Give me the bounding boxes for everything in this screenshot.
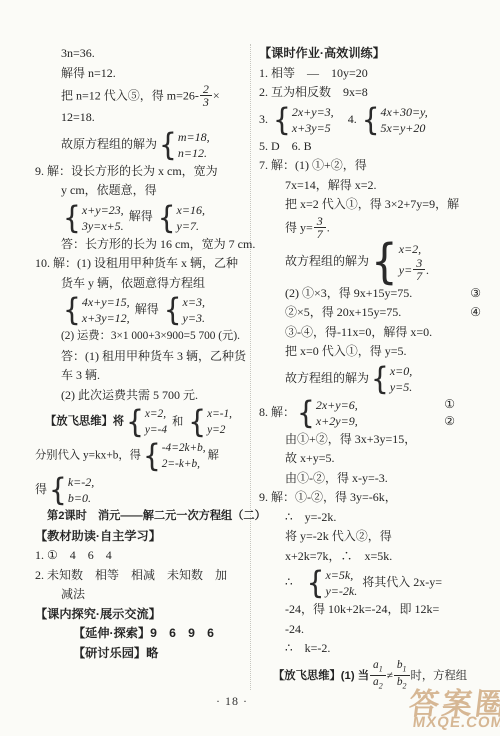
column-divider xyxy=(250,44,251,690)
system-row: x=-1, xyxy=(207,406,232,422)
line-substitute-k: 将 y=-2k 代入②，得 xyxy=(259,527,489,547)
line-continue: y cm，依题意，得 xyxy=(35,181,249,201)
equation-system: {x=0,y=5. xyxy=(371,363,412,395)
item-number: 4. xyxy=(348,111,357,125)
text-seg: 将其代入 2x-y= xyxy=(362,575,442,589)
section-label: 【放飞思维】将 xyxy=(45,416,124,428)
brace-icon: { xyxy=(188,406,206,437)
brace-icon: { xyxy=(297,397,315,428)
line-q3-q4: 3. {2x+y=3,x+3y=5 4. {4x+30=y,5x=y+20 xyxy=(259,103,489,137)
system-row: x+3y=12, xyxy=(82,310,130,326)
brace-icon: { xyxy=(63,202,81,233)
system-row: x+3y=5 xyxy=(292,120,334,136)
brace-icon: { xyxy=(159,129,177,160)
equation-marks: ①② xyxy=(444,396,455,430)
system-row: y=7. xyxy=(177,218,205,234)
line-system-pair: {x+y=23,3y=x+5.解得{x=16,y=7. xyxy=(35,201,249,235)
line-k-eq-2: -24. xyxy=(259,620,489,640)
equation-system: {4x+30=y,5x=y+20 xyxy=(362,104,428,136)
brace-icon: { xyxy=(371,238,398,285)
brace-icon: { xyxy=(307,567,325,598)
equation-mark: ① xyxy=(444,396,455,413)
brace-icon: { xyxy=(158,202,176,233)
system-row: 3y=x+5. xyxy=(82,218,124,234)
line-system-pair: {4x+y=15,x+3y=12,解得{x=3,y=3. xyxy=(35,293,249,327)
text-seg: 时，方程组 xyxy=(411,670,468,682)
line-cost: (2) 运费：3×1 000+3×900=5 700 (元). xyxy=(35,327,249,347)
line-yanshen-tansuo: 【延伸·探索】9 6 9 6 xyxy=(35,624,249,644)
line-diff: 由①-②，得 x-y=-3. xyxy=(259,469,489,489)
line-problem-10: 10. 解：(1) 设租用甲种货车 x 辆，乙种 xyxy=(35,254,249,274)
text-seg: 故方程组的解为 xyxy=(285,370,369,384)
section-header-keshi-zuoye: 【课时作业·高效训练】 xyxy=(259,44,489,64)
system-row: 4x+30=y, xyxy=(381,104,428,120)
system-row: m=18, xyxy=(178,129,210,145)
line-q9-start: 9. 解：①-②，得 3y=-6k， xyxy=(259,488,489,508)
line-answer: 答：长方形的长为 16 cm，宽为 7 cm. xyxy=(35,235,249,255)
system-row: x=2, xyxy=(399,241,429,257)
line-sum: 故 x+y=5. xyxy=(259,449,489,469)
system-row: y=-2k. xyxy=(325,583,357,599)
watermark: 答案圈 MXQE.COM xyxy=(409,695,500,732)
brace-icon: { xyxy=(164,294,182,325)
line-therefore-y: ∴ y=-2k. xyxy=(259,508,489,528)
equation-system: {x=5k,y=-2k. xyxy=(307,567,358,599)
right-column: 【课时作业·高效训练】 1. 相等 — 10y=20 2. 互为相反数 9x=8… xyxy=(259,44,489,692)
system-row: x+2y=9, xyxy=(316,413,358,429)
system-row: n=12. xyxy=(178,145,210,161)
fraction: 37 xyxy=(314,215,326,240)
system-row: x=3, xyxy=(183,294,205,310)
fraction-denominator: 7 xyxy=(314,228,326,240)
text-seg: 故原方程组的解为 xyxy=(61,136,157,150)
equation-system: {x=2,y=37. xyxy=(371,241,429,283)
system-row: y=37. xyxy=(399,257,429,283)
system-row: x=0, xyxy=(390,363,412,379)
equation-system: {x=-1,y=2 xyxy=(188,406,232,438)
line-k-eq-1: -24，得 10k+2k=-24，即 12k= xyxy=(259,600,489,620)
equation-system: {x=3,y=3. xyxy=(164,294,205,326)
line-fangfei-siwei: 【放飞思维】将{x=2,y=-4和{x=-1,y=2 xyxy=(35,405,249,439)
line-q8-start: 8. 解：{2x+y=6,x+2y=9,①② xyxy=(259,396,489,430)
section-label: 【放飞思维】(1) 当 xyxy=(273,670,369,682)
text-seg: 把 n=12 代入⑤，得 m=26- xyxy=(61,88,199,102)
text-seg: 解 xyxy=(208,450,219,462)
line-solve-x: 7x=14，解得 x=2. xyxy=(259,176,489,196)
text-seg: . xyxy=(426,263,429,277)
line-step-4: ②×5，得 20x+15y=75.④ xyxy=(259,303,489,323)
equation-mark: ④ xyxy=(470,303,489,323)
watermark-site: MXQE.COM xyxy=(408,713,500,733)
equation-system: {x+y=23,3y=x+5. xyxy=(63,202,124,234)
system-row: 2x+y=3, xyxy=(292,104,334,120)
line-subtract: ③-④，得-11x=0，解得 x=0. xyxy=(259,323,489,343)
line-substitute: 把 x=2 代入①，得 3×2+7y=9，解 xyxy=(259,195,489,215)
text-seg: 8. 解： xyxy=(259,403,295,423)
brace-icon: { xyxy=(63,294,81,325)
text-seg: 和 xyxy=(172,416,183,428)
line-q7-start: 7. 解：(1) ①+②，得 xyxy=(259,156,489,176)
system-row: 5x=y+20 xyxy=(381,120,428,136)
equation-mark: ③ xyxy=(470,284,489,304)
brace-icon: { xyxy=(273,104,291,135)
system-row: -4=2k+b, xyxy=(162,440,206,456)
lesson-title: 第2课时 消元——解二元一次方程组（二） xyxy=(35,507,249,527)
text-seg: . xyxy=(327,220,330,234)
system-row: y=3. xyxy=(183,310,205,326)
equation-system: {x=16,y=7. xyxy=(158,202,205,234)
brace-icon: { xyxy=(143,440,161,471)
line-problem-9: 9. 解：设长方形的长为 x cm，宽为 xyxy=(35,162,249,182)
line-system-k: ∴ {x=5k,y=-2k.将其代入 2x-y= xyxy=(259,566,489,600)
fraction-denominator: b2 xyxy=(394,676,410,692)
page-number: · 18 · xyxy=(216,692,248,712)
text-seg: 解得 xyxy=(135,302,159,316)
system-row: 2=-k+b, xyxy=(162,456,206,472)
fraction: b1b2 xyxy=(394,659,410,693)
text-seg: y= xyxy=(399,263,412,277)
fraction: 23 xyxy=(200,83,212,108)
brace-icon: { xyxy=(49,474,67,505)
line-answers-1: 1. ① 4 6 4 xyxy=(35,546,249,566)
system-row: y=5. xyxy=(390,379,412,395)
page: { "page": { "footer": "· 18 ·", "waterma… xyxy=(0,0,500,736)
system-row: x=5k, xyxy=(325,567,357,583)
system-row: y=2 xyxy=(207,422,232,438)
line-x-5k: x+2k=7k，∴ x=5k. xyxy=(259,547,489,567)
not-equal-sign: ≠ xyxy=(387,670,393,682)
line-q1: 1. 相等 — 10y=20 xyxy=(259,64,489,84)
text-seg: 故方程组的解为 xyxy=(285,253,369,267)
left-column: 3n=36. 解得 n=12. 把 n=12 代入⑤，得 m=26-23× 12… xyxy=(35,44,249,663)
system-row: x=2, xyxy=(145,406,167,422)
equation-system: {4x+y=15,x+3y=12, xyxy=(63,294,130,326)
system-row: 2x+y=6, xyxy=(316,397,358,413)
equation-mark: ② xyxy=(444,413,455,430)
line-eq: 3n=36. xyxy=(35,44,249,64)
system-row: 4x+y=15, xyxy=(82,294,130,310)
system-row: x+y=23, xyxy=(82,202,124,218)
fraction: 37 xyxy=(413,257,425,282)
brace-icon: { xyxy=(362,104,380,135)
fraction-denominator: a2 xyxy=(370,676,386,692)
line-substitute-kb: 分别代入 y=kx+b，得{-4=2k+b,2=-k+b,解 xyxy=(35,439,249,473)
fraction-numerator: b1 xyxy=(394,659,410,676)
system-row: b=0. xyxy=(68,490,94,506)
line-solution-system: 故原方程组的解为{m=18,n=12. xyxy=(35,128,249,162)
brace-icon: { xyxy=(371,363,389,394)
system-row: y=-4 xyxy=(145,422,167,438)
text-seg: 解得 xyxy=(129,209,153,223)
line-answers-2: 2. 未知数 相等 相减 未知数 加 xyxy=(35,566,249,586)
text-seg: ②×5，得 20x+15y=75. xyxy=(285,303,401,323)
line-add: 由①+②，得 3x+3y=15， xyxy=(259,430,489,450)
text-seg: ∴ xyxy=(285,575,305,589)
section-header-jiaocai-zhudu: 【教材助读·自主学习】 xyxy=(35,527,249,547)
equation-system: {-4=2k+b,2=-k+b, xyxy=(143,440,206,472)
line-answers-2-continue: 减法 xyxy=(35,585,249,605)
fraction: a1a2 xyxy=(370,659,386,693)
watermark-logo: 答案圈 xyxy=(408,695,500,715)
equation-system: {2x+y=6,x+2y=9, xyxy=(297,397,358,429)
fraction-denominator: 3 xyxy=(200,96,212,108)
line-answer-continue: 车 3 辆. xyxy=(35,366,249,386)
equation-system: {x=2,y=-4 xyxy=(126,406,167,438)
system-row: k=-2, xyxy=(68,474,94,490)
line-solution-system-frac: 故方程组的解为{x=2,y=37. xyxy=(259,240,489,284)
line-kb-result: 得{k=-2,b=0. xyxy=(35,473,249,507)
line-fangfei-siwei-right: 【放飞思维】(1) 当a1a2≠b1b2时，方程组 xyxy=(259,659,489,693)
line-result: 12=18. xyxy=(35,108,249,128)
fraction-denominator: 7 xyxy=(413,270,425,282)
equation-system: {m=18,n=12. xyxy=(159,129,210,161)
line-q5-q6: 5. D 6. B xyxy=(259,137,489,157)
equation-system: {k=-2,b=0. xyxy=(49,474,94,506)
fraction-numerator: 3 xyxy=(314,215,326,228)
line-q2: 2. 互为相反数 9x=8 xyxy=(259,83,489,103)
brace-icon: { xyxy=(126,406,144,437)
line-k-result: ∴ k=-2. xyxy=(259,639,489,659)
text-seg: 分别代入 y=kx+b，得 xyxy=(35,450,141,462)
section-header-kenei-tanjiu: 【课内探究·展示交流】 xyxy=(35,605,249,625)
equation-system: {2x+y=3,x+3y=5 xyxy=(273,104,334,136)
text-seg: 得 xyxy=(35,482,47,496)
line-solution-system: 故方程组的解为{x=0,y=5. xyxy=(259,362,489,396)
text-seg: × xyxy=(213,88,220,102)
line-answer: 答：(1) 租用甲种货车 3 辆，乙种货 xyxy=(35,347,249,367)
system-row: x=16, xyxy=(177,202,205,218)
text-seg: 得 y= xyxy=(285,220,313,234)
line-solve: 解得 n=12. xyxy=(35,64,249,84)
line-substitute: 把 n=12 代入⑤，得 m=26-23× xyxy=(35,83,249,108)
fraction-numerator: a1 xyxy=(370,659,386,676)
line-substitute-0: 把 x=0 代入①，得 y=5. xyxy=(259,342,489,362)
line-yantao-leyuan: 【研讨乐园】略 xyxy=(35,644,249,664)
item-number: 3. xyxy=(259,111,268,125)
